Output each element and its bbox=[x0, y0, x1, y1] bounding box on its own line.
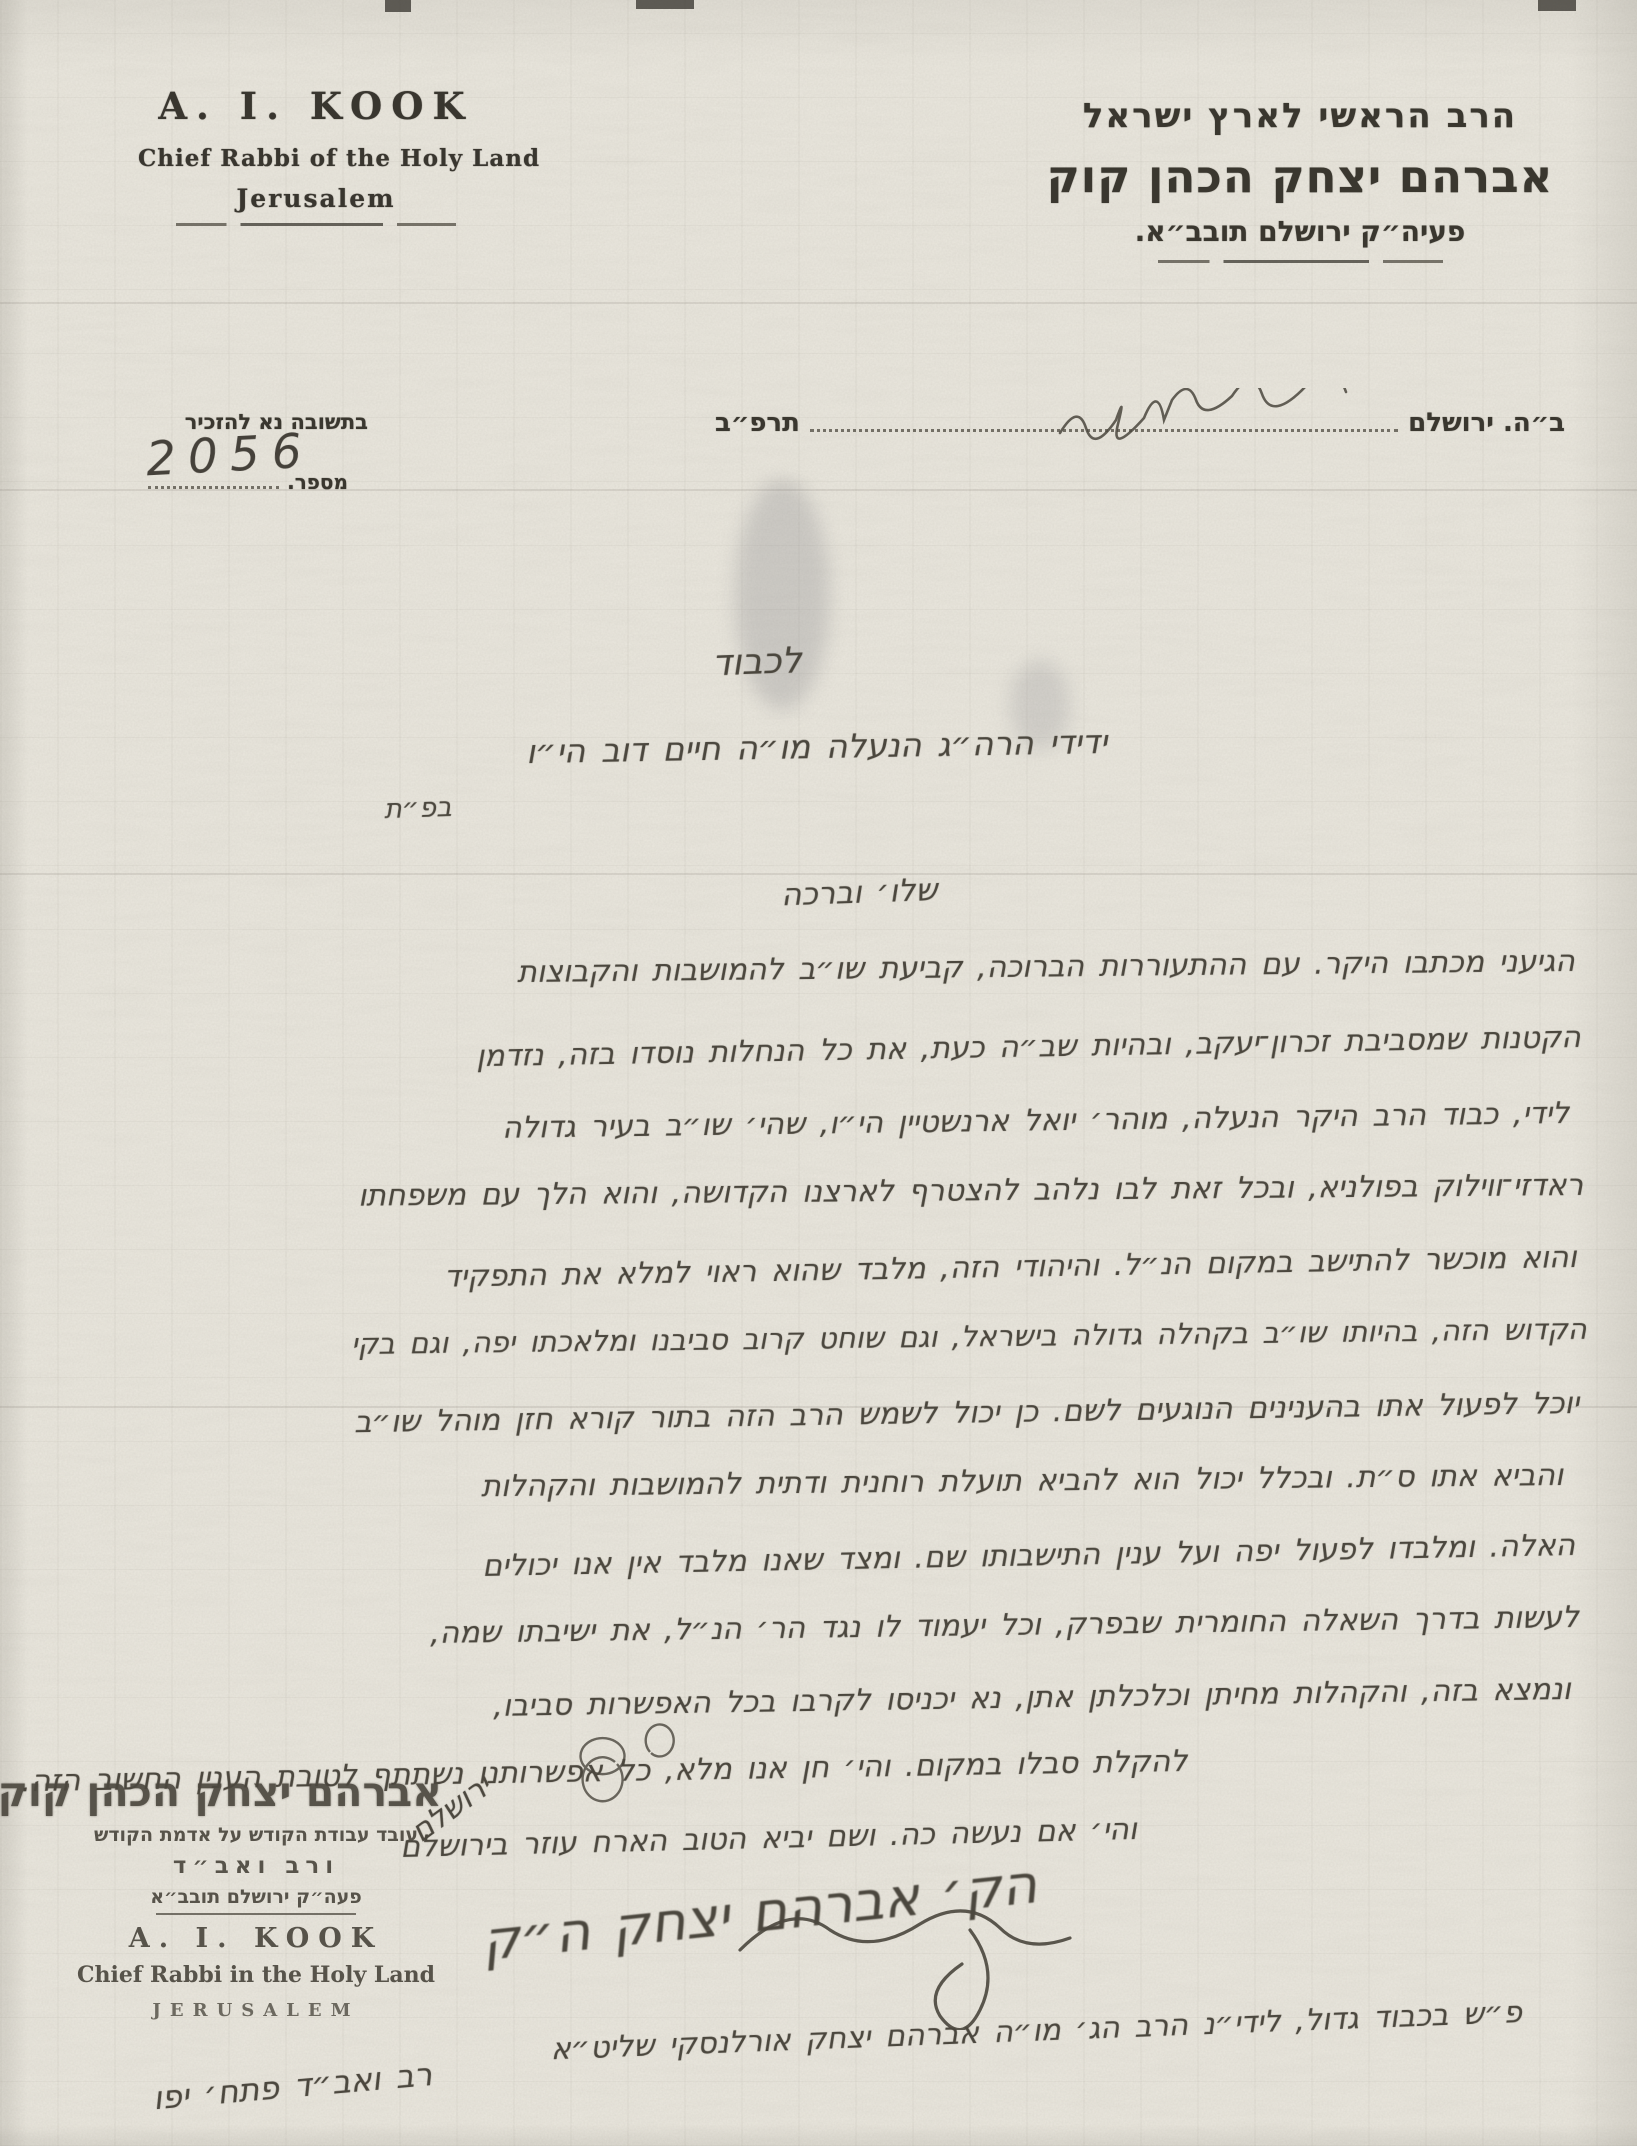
postscript-line: רב ואב״ד פתח׳ יפו bbox=[152, 2055, 434, 2117]
signature: הק׳ אברהם יצחק ה״ק bbox=[479, 1852, 1040, 1973]
date-line: ב״ה. ירושלם תרפ״ב bbox=[715, 408, 1565, 438]
letterhead-english-title: Chief Rabbi of the Holy Land bbox=[138, 145, 494, 172]
body-line: הקטנות שמסביבת זכרון־יעקב, ובהיות שב״ה כ… bbox=[476, 1020, 1581, 1074]
stamp-hebrew-role: עובד עבודת הקודש על אדמת הקודש bbox=[70, 1824, 442, 1846]
greeting-line: שלו׳ וברכה bbox=[780, 872, 937, 913]
stamp-rule bbox=[156, 1913, 356, 1915]
postscript-line: פ״ש בכבוד גדול, לידי״נ הרב הג׳ מו״ה אברה… bbox=[550, 1995, 1523, 2067]
date-year: תרפ״ב bbox=[715, 408, 800, 438]
body-line: יוכל לפעול אתו בהענינים הנוגעים לשם. כן … bbox=[354, 1386, 1580, 1440]
salutation: לכבוד bbox=[712, 640, 803, 684]
addressee-line: ידידי הרה״ג הנעלה מו״ה חיים דוב הי״ו bbox=[526, 722, 1108, 771]
body-line: לידי, כבוד הרב היקר הנעלה, מוהר׳ יואל אר… bbox=[502, 1096, 1570, 1146]
crease-line bbox=[0, 873, 1637, 875]
reference-number-handwritten: 2056 bbox=[145, 424, 315, 488]
date-dotted-rule bbox=[810, 429, 1398, 432]
body-line: הגיעני מכתבו היקר. עם ההתעוררות הברוכה, … bbox=[517, 944, 1575, 990]
rabbinic-stamp: אברהם יצחק הכהן קוק עובד עבודת הקודש על … bbox=[70, 1768, 442, 2021]
stamp-hebrew-name: אברהם יצחק הכהן קוק bbox=[70, 1768, 442, 1816]
edge-speck bbox=[636, 0, 694, 9]
letterhead-english: A. I. KOOK Chief Rabbi of the Holy Land … bbox=[138, 84, 494, 226]
date-prefix: ב״ה. ירושלם bbox=[1408, 408, 1565, 438]
body-line: והוא מוכשר להתישב במקום הנ״ל. והיהודי הז… bbox=[444, 1240, 1577, 1295]
addressee-location: בפ״ת bbox=[384, 792, 453, 825]
letterhead-hebrew-line3: פעיה״ק ירושלם תובב״א. bbox=[1035, 215, 1565, 248]
body-line: הקדוש הזה, בהיותו שו״ב בקהלה גדולה בישרא… bbox=[351, 1312, 1587, 1361]
body-line: והביא אתו ס״ת. ובכלל יכול הוא להביא תועל… bbox=[481, 1458, 1564, 1504]
stamp-english-title: Chief Rabbi in the Holy Land bbox=[70, 1962, 442, 1988]
letterhead-english-city: Jerusalem bbox=[138, 184, 494, 213]
scanned-letter-page: A. I. KOOK Chief Rabbi of the Holy Land … bbox=[0, 0, 1637, 2146]
letterhead-hebrew-line2: אברהם יצחק הכהן קוק bbox=[1035, 150, 1565, 203]
body-line: לעשות בדרך השאלה החומרית שבפרק, וכל יעמו… bbox=[430, 1600, 1579, 1651]
letterhead-english-name: A. I. KOOK bbox=[138, 84, 494, 128]
body-line: האלה. ומלבדו לפעול יפה ועל ענין התישבותו… bbox=[482, 1528, 1576, 1584]
letterhead-hebrew-line1: הרב הראשי לארץ ישראל bbox=[1035, 96, 1565, 136]
stamp-hebrew-role2: ורב ואב״ד bbox=[70, 1853, 442, 1879]
body-line: ראדזי־ווילוק בפולניא, ובכל זאת לבו נלהב … bbox=[358, 1168, 1584, 1214]
edge-speck bbox=[1538, 0, 1576, 11]
body-line: ונמצא בזה, והקהלות מחיתן וכלכלתן אתן, נא… bbox=[493, 1672, 1571, 1724]
letterhead-hebrew: הרב הראשי לארץ ישראל אברהם יצחק הכהן קוק… bbox=[1035, 96, 1565, 263]
stamp-hebrew-city: פעה״ק ירושלם תובב״א bbox=[70, 1886, 442, 1908]
crease-line bbox=[0, 302, 1637, 304]
reference-dotted-rule bbox=[148, 486, 279, 489]
letterhead-hebrew-rule bbox=[1158, 260, 1443, 263]
letterhead-english-rule bbox=[176, 223, 456, 226]
edge-speck bbox=[385, 0, 411, 12]
stamp-english-city: JERUSALEM bbox=[70, 2000, 442, 2021]
stamp-english-name: A. I. KOOK bbox=[70, 1923, 442, 1954]
